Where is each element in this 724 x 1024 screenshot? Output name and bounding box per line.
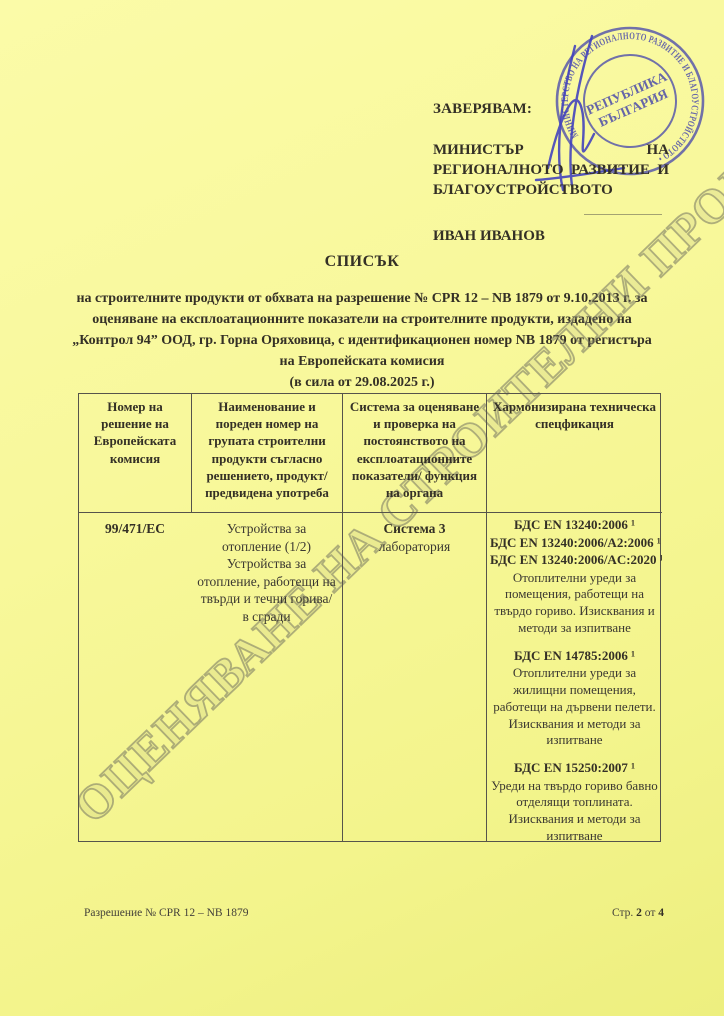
of-label: от [645, 907, 656, 919]
signature-baseline [584, 214, 662, 215]
spec-group: БДС EN 13240:2006 ¹ БДС EN 13240:2006/A2… [490, 516, 659, 637]
products-table: Номер на решение на Европейската комисия… [78, 393, 661, 842]
spec-group: БДС EN 15250:2007 ¹ Уреди на твърдо гори… [490, 759, 659, 841]
product-group: Устройства за отопление (1/2) [197, 520, 336, 555]
minister-name: ИВАН ИВАНОВ [433, 228, 669, 245]
intro-line: „Контрол 94” ООД, гр. Горна Оряховица, с… [40, 330, 684, 351]
column-header-product: Наименование и пореден номер на групата … [191, 394, 342, 513]
intro-line: на строителните продукти от обхвата на р… [40, 288, 684, 309]
column-header-specification: Хармонизирана техническа спецфикация [486, 394, 662, 513]
intro-paragraph: на строителните продукти от обхвата на р… [40, 288, 684, 393]
footer-reference: Разрешение № CPR 12 – NB 1879 [84, 907, 248, 919]
column-header-decision: Номер на решение на Европейската комисия [79, 394, 191, 513]
standard-reference: БДС EN 13240:2006/A2:2006 ¹ [490, 534, 659, 552]
page-label: Стр. [612, 907, 633, 919]
system-level: Система 3 [349, 520, 480, 538]
product-use: Устройства за отопление, работещи на твъ… [197, 555, 336, 625]
system-cell: Система 3 лаборатория [342, 513, 486, 841]
standard-description: Отоплителни уреди за жилищни помещения, … [490, 665, 659, 749]
column-header-system: Система за оценяване и проверка на посто… [342, 394, 486, 513]
document-title: СПИСЪК [0, 253, 724, 271]
page-total: 4 [658, 907, 664, 919]
document-page: МИНИСТЕРСТВО НА РЕГИОНАЛНОТО РАЗВИТИЕ И … [0, 0, 724, 1016]
spec-group: БДС EN 14785:2006 ¹ Отоплителни уреди за… [490, 647, 659, 749]
intro-line: (в сила от 29.08.2025 г.) [40, 372, 684, 393]
standard-description: Отоплителни уреди за помещения, работещи… [490, 570, 659, 637]
standard-reference: БДС EN 15250:2007 ¹ [490, 759, 659, 777]
standard-description: Уреди на твърдо гориво бавно отделящи то… [490, 778, 659, 841]
standard-reference: БДС EN 13240:2006 ¹ [490, 516, 659, 534]
intro-line: на Европейската комисия [40, 351, 684, 372]
standard-reference: БДС EN 14785:2006 ¹ [490, 647, 659, 665]
product-cell: Устройства за отопление (1/2) Устройства… [191, 513, 342, 841]
page-number: 2 [636, 907, 642, 919]
certify-label: ЗАВЕРЯВАМ: [433, 101, 669, 118]
decision-number-cell: 99/471/ЕС [79, 513, 191, 841]
standard-reference: БДС EN 13240:2006/AC:2020 ¹ [490, 551, 659, 569]
footer-page-indicator: Стр. 2 от 4 [612, 907, 664, 919]
body-function: лаборатория [349, 538, 480, 556]
intro-line: оценяване на експлоатационните показател… [40, 309, 684, 330]
certification-block: ЗАВЕРЯВАМ: МИНИСТЪР НА РЕГИОНАЛНОТО РАЗВ… [433, 101, 669, 245]
minister-title: МИНИСТЪР НА РЕГИОНАЛНОТО РАЗВИТИЕ И БЛАГ… [433, 140, 669, 220]
specification-cell: БДС EN 13240:2006 ¹ БДС EN 13240:2006/A2… [486, 513, 662, 841]
